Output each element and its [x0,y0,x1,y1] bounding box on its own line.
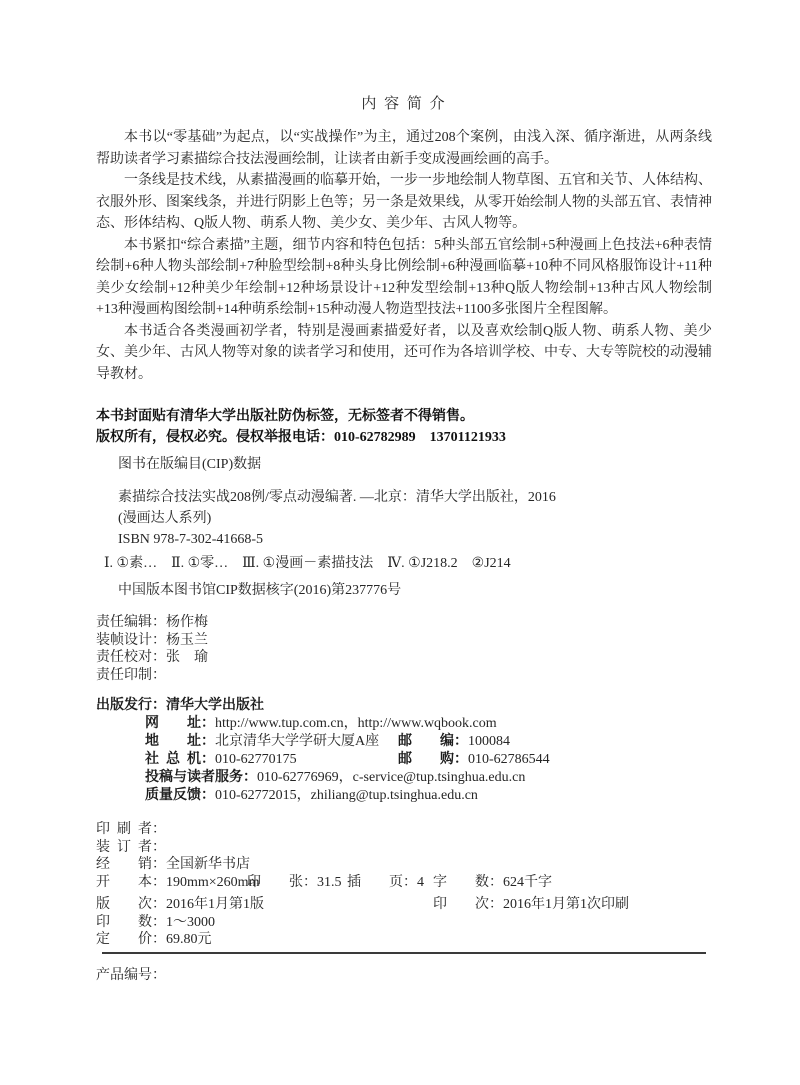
staff-value: 杨作梅 [166,615,208,630]
mailorder-column: 邮 购：010-62786544 [398,751,550,769]
sheets-column: 印 张：31.5 [247,874,342,892]
format-value: 190mm×260mm [166,875,259,890]
staff-row: 装帧设计：杨玉兰 [96,632,712,650]
intro-section: 本书以“零基础”为起点，以“实战操作”为主，通过208个案例，由浅入深、循序渐进… [96,127,712,385]
distributor-value: 全国新华书店 [166,857,250,872]
publisher-details: 网 址：http://www.tup.com.cn，http://www.wqb… [145,715,712,805]
cip-heading: 图书在版编目(CIP)数据 [118,454,712,475]
intro-title: 内 容 简 介 [96,96,712,112]
printer-row: 印 刷 者： [96,821,712,839]
mailorder-value: 010-62786544 [468,752,550,767]
staff-label: 责任编辑： [96,615,166,630]
printrun-row: 印 数：1～3000 [96,914,712,932]
publisher-label: 出版发行： [96,698,166,713]
printer-label: 印 刷 者： [96,822,166,837]
page-content: 内 容 简 介 本书以“零基础”为起点，以“实战操作”为主，通过208个案例，由… [96,0,712,985]
publisher-row: 出版发行：清华大学出版社 [96,697,712,715]
inserts-value: 4 [417,875,424,890]
publisher-row: 质量反馈：010-62772015，zhiliang@tup.tsinghua.… [145,787,712,805]
reader-service-label: 投稿与读者服务： [145,770,257,785]
wordcount-column: 字 数：624千字 [433,874,552,892]
price-value: 69.80元 [166,932,212,947]
product-number-line: 产品编号： [96,967,712,985]
mailorder-label: 邮 购： [398,752,468,767]
publisher-row: 社 总 机：010-62770175 邮 购：010-62786544 [145,751,712,769]
quality-feedback-value: 010-62772015，zhiliang@tup.tsinghua.edu.c… [215,788,478,803]
switchboard-label: 社 总 机： [145,752,215,767]
cip-classification-line: Ⅰ. ①素… Ⅱ. ①零… Ⅲ. ①漫画－素描技法 Ⅳ. ①J218.2 ②J2… [104,553,712,574]
sheets-value: 31.5 [317,875,342,890]
price-row: 定 价：69.80元 [96,931,712,949]
impression-label: 印 次： [433,897,503,912]
publisher-value: 清华大学出版社 [166,698,264,713]
distributor-label: 经 销： [96,857,166,872]
format-label: 开 本： [96,875,166,890]
staff-label: 装帧设计： [96,633,166,648]
website-label: 网 址： [145,716,215,731]
staff-value: 张 瑜 [166,650,208,665]
copyright-notice: 本书封面贴有清华大学出版社防伪标签，无标签者不得销售。 版权所有，侵权必究。侵权… [96,406,712,448]
divider-rule [102,952,706,954]
printrun-value: 1～3000 [166,915,215,930]
intro-paragraph: 本书紧扣“综合素描”主题，细节内容和特色包括：5种头部五官绘制+5种漫画上色技法… [96,235,712,321]
print-info-section: 印 刷 者： 装 订 者： 经 销：全国新华书店 开 本：190mm×260mm… [96,821,712,949]
impression-value: 2016年1月第1次印刷 [503,897,629,912]
publisher-row: 投稿与读者服务：010-62776969，c-service@tup.tsing… [145,769,712,787]
cip-series-line: (漫画达人系列) [118,508,712,529]
sheets-label: 印 张： [247,875,317,890]
edition-label: 版 次： [96,897,166,912]
intro-paragraph: 本书以“零基础”为起点，以“实战操作”为主，通过208个案例，由浅入深、循序渐进… [96,127,712,170]
binder-row: 装 订 者： [96,839,712,857]
product-number-label: 产品编号： [96,968,166,983]
staff-label: 责任校对： [96,650,166,665]
wordcount-value: 624千字 [503,875,552,890]
switchboard-value: 010-62770175 [215,752,297,767]
cip-record-line: 中国版本图书馆CIP数据核字(2016)第237776号 [118,580,712,601]
cip-isbn-line: ISBN 978-7-302-41668-5 [118,529,712,550]
staff-label: 责任印制： [96,668,166,683]
staff-section: 责任编辑：杨作梅 装帧设计：杨玉兰 责任校对：张 瑜 责任印制： [96,614,712,684]
address-value: 北京清华大学学研大厦A座 [215,734,379,749]
edition-row: 版 次：2016年1月第1版 印 次：2016年1月第1次印刷 [96,896,712,914]
zip-value: 100084 [468,734,510,749]
zip-column: 邮 编：100084 [398,733,510,751]
impression-column: 印 次：2016年1月第1次印刷 [433,896,629,914]
publisher-row: 网 址：http://www.tup.com.cn，http://www.wqb… [145,715,712,733]
price-label: 定 价： [96,932,166,947]
intro-paragraph: 一条线是技术线，从素描漫画的临摹开始，一步一步地绘制人物草图、五官和关节、人体结… [96,170,712,235]
distributor-row: 经 销：全国新华书店 [96,856,712,874]
cip-section: 图书在版编目(CIP)数据 素描综合技法实战208例/零点动漫编著. —北京：清… [96,454,712,601]
inserts-label: 插 页： [347,875,417,890]
cip-title-line: 素描综合技法实战208例/零点动漫编著. —北京：清华大学出版社，2016 [118,487,712,508]
edition-value: 2016年1月第1版 [166,897,264,912]
website-value: http://www.tup.com.cn，http://www.wqbook.… [215,716,497,731]
inserts-column: 插 页：4 [347,874,424,892]
staff-row: 责任校对：张 瑜 [96,649,712,667]
binder-label: 装 订 者： [96,840,166,855]
anti-counterfeit-line: 本书封面贴有清华大学出版社防伪标签，无标签者不得销售。 [96,406,712,427]
intro-paragraph: 本书适合各类漫画初学者，特别是漫画素描爱好者，以及喜欢绘制Q版人物、萌系人物、美… [96,321,712,386]
printrun-label: 印 数： [96,915,166,930]
copyright-page: 内 容 简 介 本书以“零基础”为起点，以“实战操作”为主，通过208个案例，由… [0,0,800,1085]
reader-service-value: 010-62776969，c-service@tup.tsinghua.edu.… [257,770,525,785]
staff-row: 责任印制： [96,667,712,685]
address-label: 地 址： [145,734,215,749]
staff-value: 杨玉兰 [166,633,208,648]
wordcount-label: 字 数： [433,875,503,890]
zip-label: 邮 编： [398,734,468,749]
rights-report-line: 版权所有，侵权必究。侵权举报电话：010-62782989 1370112193… [96,427,712,448]
cip-body: 素描综合技法实战208例/零点动漫编著. —北京：清华大学出版社，2016 (漫… [118,487,712,550]
publisher-row: 地 址：北京清华大学学研大厦A座 邮 编：100084 [145,733,712,751]
format-row: 开 本：190mm×260mm 印 张：31.5 插 页：4 字 数：624千字 [96,874,712,892]
staff-row: 责任编辑：杨作梅 [96,614,712,632]
quality-feedback-label: 质量反馈： [145,788,215,803]
publisher-section: 出版发行：清华大学出版社 网 址：http://www.tup.com.cn，h… [96,697,712,805]
